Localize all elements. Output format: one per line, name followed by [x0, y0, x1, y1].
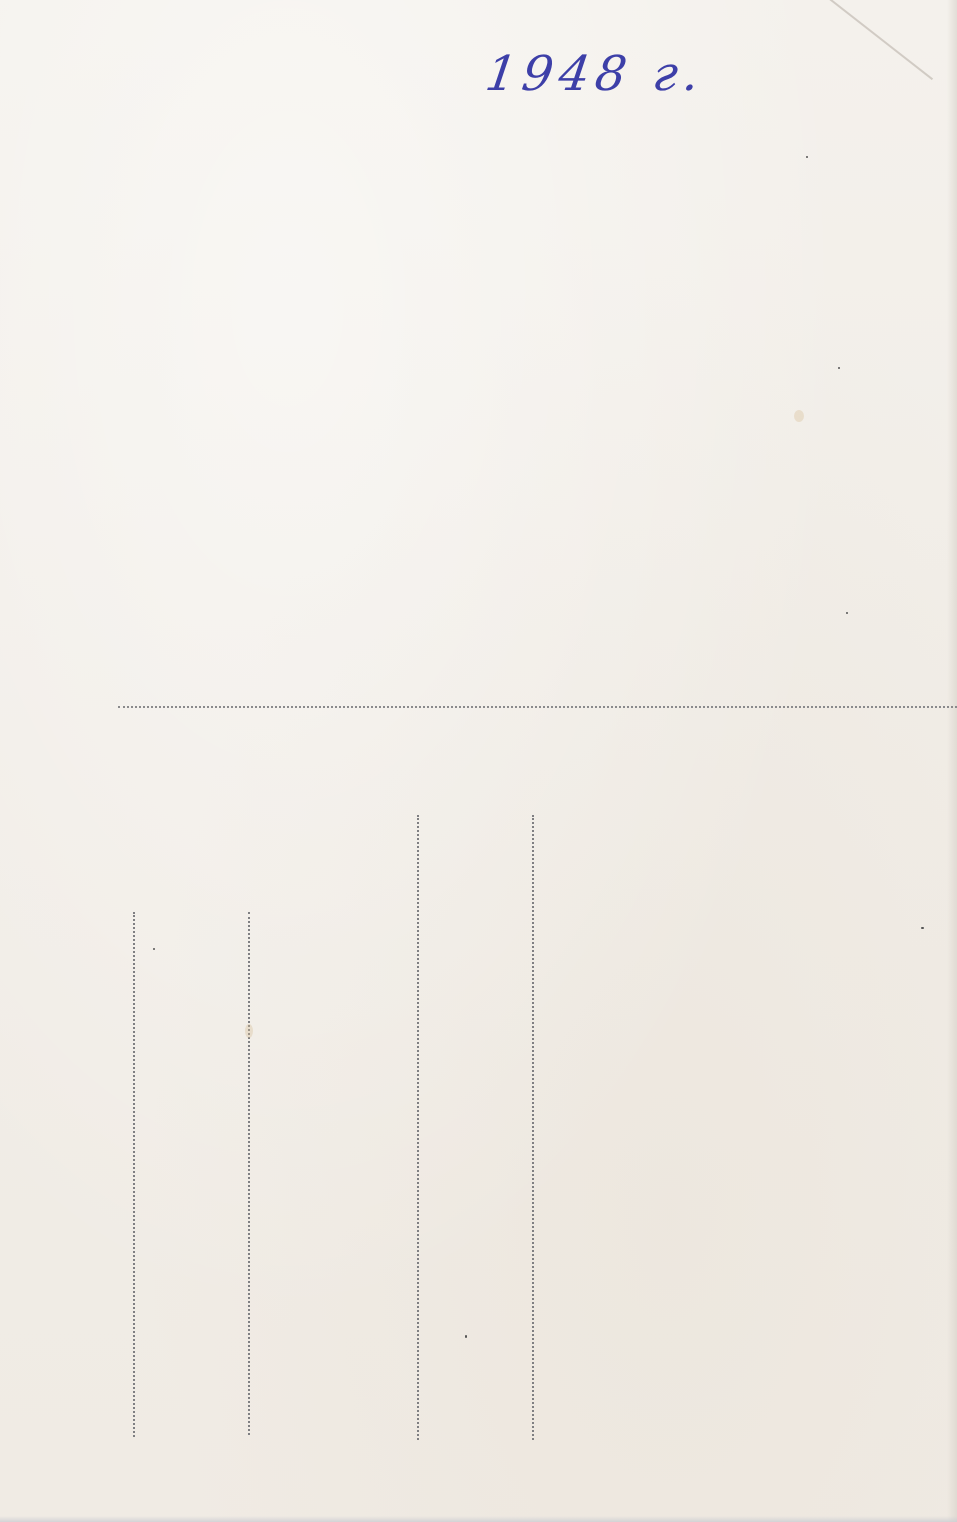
vertical-dotted-line-3 — [417, 815, 419, 1440]
vertical-dotted-line-1 — [133, 912, 135, 1437]
postcard-back: 1948 г. — [0, 0, 957, 1522]
handwritten-date: 1948 г. — [482, 46, 709, 102]
paper-stain — [245, 1024, 253, 1038]
vertical-dotted-line-4 — [532, 815, 534, 1440]
ink-speck — [846, 612, 848, 614]
ink-speck — [465, 1335, 467, 1338]
ink-speck — [921, 927, 924, 929]
vertical-dotted-line-2 — [248, 912, 250, 1435]
paper-stain — [794, 410, 804, 422]
ink-speck — [806, 156, 808, 158]
card-edge-bottom — [0, 1516, 957, 1522]
card-edge-right — [947, 0, 957, 1522]
ink-speck — [838, 367, 840, 369]
ink-speck — [153, 948, 155, 950]
horizontal-dotted-divider — [118, 706, 957, 708]
corner-crease — [806, 0, 933, 80]
